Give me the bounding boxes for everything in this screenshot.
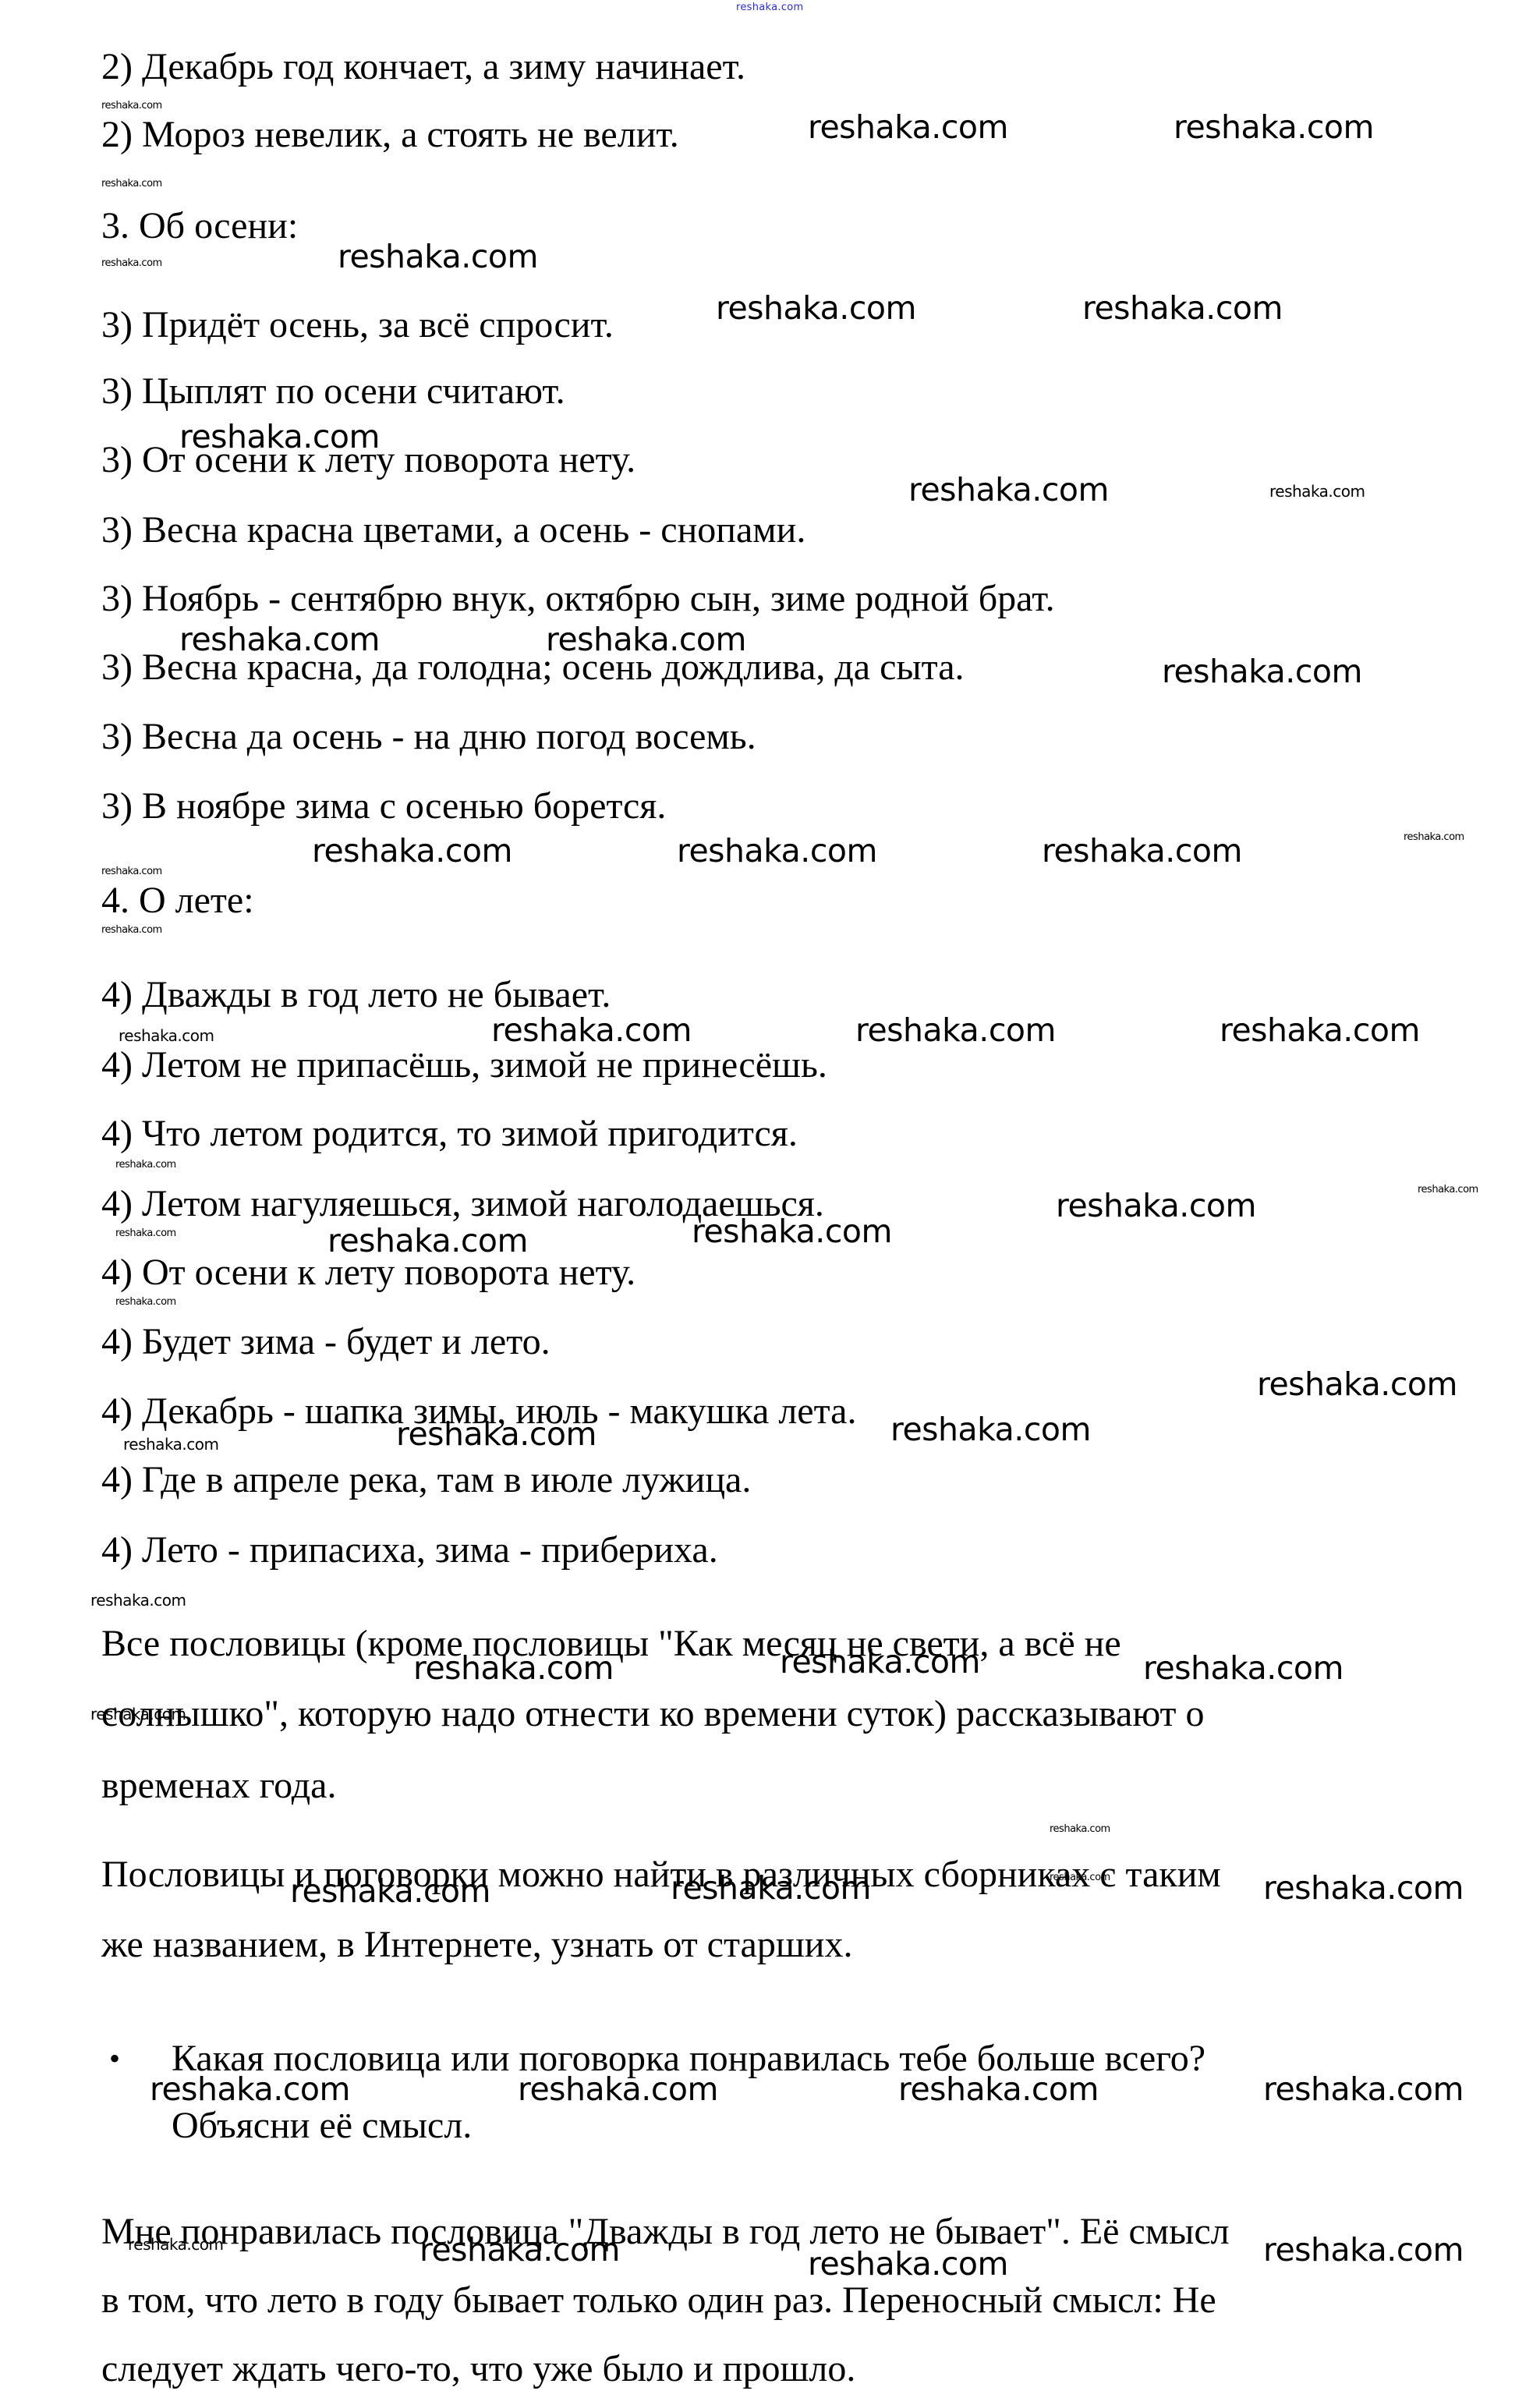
watermark: reshaka.com xyxy=(123,1435,219,1454)
watermark: reshaka.com xyxy=(546,622,746,657)
proverb-line: 4) Где в апреле река, там в июле лужица. xyxy=(101,1458,751,1502)
watermark: reshaka.com xyxy=(692,1213,892,1249)
section-heading-autumn: 3. Об осени: xyxy=(101,204,298,248)
watermark: reshaka.com xyxy=(671,1870,871,1906)
proverb-line: 4) Лето - припасиха, зима - прибериха. xyxy=(101,1528,718,1572)
proverb-line: 4) Что летом родится, то зимой пригодитс… xyxy=(101,1112,798,1156)
watermark: reshaka.com xyxy=(101,866,162,878)
answer-paragraph-line: Мне понравилась пословица "Дважды в год … xyxy=(101,2210,1230,2254)
proverb-line: 4) Будет зима - будет и лето. xyxy=(101,1320,551,1364)
watermark: reshaka.com xyxy=(101,257,162,270)
sources-paragraph-line: же названием, в Интернете, узнать от ста… xyxy=(101,1923,853,1967)
watermark: reshaka.com xyxy=(898,2071,1099,2107)
watermark: reshaka.com xyxy=(179,419,380,455)
watermark: reshaka.com xyxy=(780,1644,980,1680)
proverb-line: 2) Декабрь год кончает, а зиму начинает. xyxy=(101,45,745,89)
proverb-line: 3) Весна да осень - на дню погод восемь. xyxy=(101,715,756,759)
watermark: reshaka.com xyxy=(396,1416,597,1452)
summary-paragraph-line: временах года. xyxy=(101,1764,336,1808)
watermark: reshaka.com xyxy=(1263,1870,1464,1906)
answer-paragraph-line: следует ждать чего-то, что уже было и пр… xyxy=(101,2347,855,2391)
summary-paragraph-line: солнышко", которую надо отнести ко време… xyxy=(101,1692,1205,1736)
watermark: reshaka.com xyxy=(1042,833,1242,869)
watermark: reshaka.com xyxy=(1263,2232,1464,2268)
watermark: reshaka.com xyxy=(413,1650,614,1686)
watermark: reshaka.com xyxy=(90,1705,186,1723)
watermark: reshaka.com xyxy=(119,1026,214,1045)
bullet-icon: • xyxy=(109,2037,120,2081)
watermark: reshaka.com xyxy=(1257,1366,1457,1402)
watermark: reshaka.com xyxy=(677,833,877,869)
watermark: reshaka.com xyxy=(115,1227,176,1240)
watermark: reshaka.com xyxy=(327,1223,528,1259)
watermark: reshaka.com xyxy=(101,924,162,937)
proverb-line: 3) Весна красна цветами, а осень - снопа… xyxy=(101,508,805,552)
section-heading-summer: 4. О лете: xyxy=(101,879,254,923)
watermark: reshaka.com xyxy=(1056,1188,1256,1224)
watermark: reshaka.com xyxy=(1220,1012,1420,1048)
proverb-line: 3) Придёт осень, за всё спросит. xyxy=(101,303,614,347)
watermark: reshaka.com xyxy=(420,2232,620,2268)
watermark: reshaka.com xyxy=(1162,653,1362,689)
watermark: reshaka.com xyxy=(1404,831,1464,844)
watermark: reshaka.com xyxy=(290,1873,490,1909)
watermark: reshaka.com xyxy=(1263,2071,1464,2107)
watermark: reshaka.com xyxy=(115,1296,176,1309)
site-watermark-top: reshaka.com xyxy=(736,2,804,13)
watermark: reshaka.com xyxy=(90,1591,186,1610)
proverb-line: 4) Летом не припасёшь, зимой не принесёш… xyxy=(101,1043,827,1087)
watermark: reshaka.com xyxy=(491,1012,692,1048)
watermark: reshaka.com xyxy=(1269,482,1365,501)
watermark: reshaka.com xyxy=(1418,1184,1478,1196)
watermark: reshaka.com xyxy=(890,1411,1091,1447)
watermark: reshaka.com xyxy=(115,1159,176,1171)
watermark: reshaka.com xyxy=(101,100,162,112)
watermark: reshaka.com xyxy=(1050,1872,1110,1884)
proverb-line: 3) В ноябре зима с осенью борется. xyxy=(101,785,666,828)
watermark: reshaka.com xyxy=(808,2246,1008,2282)
watermark: reshaka.com xyxy=(312,833,512,869)
watermark: reshaka.com xyxy=(808,109,1008,145)
watermark: reshaka.com xyxy=(908,472,1109,508)
watermark: reshaka.com xyxy=(1174,109,1374,145)
proverb-line: 3) Цыплят по осени считают. xyxy=(101,370,565,413)
watermark: reshaka.com xyxy=(101,178,162,190)
watermark: reshaka.com xyxy=(1050,1823,1110,1836)
watermark: reshaka.com xyxy=(128,2235,224,2254)
watermark: reshaka.com xyxy=(855,1012,1056,1048)
watermark: reshaka.com xyxy=(1143,1650,1344,1686)
question-line: Объясни её смысл. xyxy=(172,2104,472,2148)
watermark: reshaka.com xyxy=(150,2071,350,2107)
watermark: reshaka.com xyxy=(1082,290,1283,326)
watermark: reshaka.com xyxy=(338,239,538,275)
proverb-line: 3) Ноябрь - сентябрю внук, октябрю сын, … xyxy=(101,577,1055,621)
proverb-line: 4) Дважды в год лето не бывает. xyxy=(101,973,611,1017)
watermark: reshaka.com xyxy=(179,622,380,657)
watermark: reshaka.com xyxy=(716,290,916,326)
proverb-line: 2) Мороз невелик, а стоять не велит. xyxy=(101,113,679,157)
watermark: reshaka.com xyxy=(518,2071,718,2107)
answer-paragraph-line: в том, что лето в году бывает только оди… xyxy=(101,2279,1216,2322)
